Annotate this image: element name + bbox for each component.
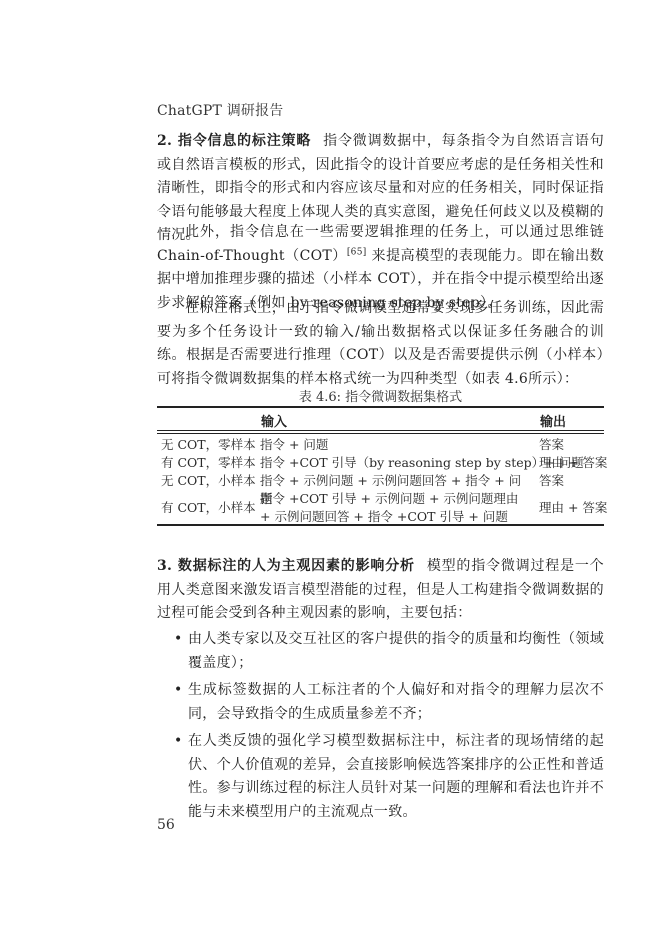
format-paragraph: 在标注格式上，由于指令微调模型通常要实现多任务训练，因此需要为多个任务设计一致的…	[157, 297, 604, 391]
section-2-heading: 2. 指令信息的标注策略	[157, 133, 311, 149]
table-caption: 表 4.6: 指令微调数据集格式	[157, 386, 604, 405]
row-input: 指令 + 问题	[260, 436, 530, 454]
running-header: ChatGPT 调研报告	[157, 100, 284, 120]
bullet-icon: •	[174, 628, 183, 652]
list-item-text: 生成标签数据的人工标注者的个人偏好和对指令的理解力层次不同，会导致指令的生成质量…	[188, 682, 604, 722]
list-item-text: 由人类专家以及交互社区的客户提供的指令的质量和均衡性（领域覆盖度）；	[188, 631, 604, 671]
table-header-input: 输入	[261, 411, 287, 430]
section-3-heading: 3. 数据标注的人为主观因素的影响分析	[157, 558, 415, 574]
row-type: 无 COT，零样本	[161, 436, 256, 454]
table-bottom-rule	[157, 524, 604, 526]
row-output: 答案	[539, 436, 564, 454]
row-input: 指令 +COT 引导（by reasoning step by step）+ 问…	[260, 454, 530, 472]
bullet-icon: •	[174, 730, 183, 754]
table-top-rule	[157, 406, 604, 408]
citation-link[interactable]: [65]	[347, 247, 367, 257]
row-output: 理由 + 答案	[539, 454, 607, 472]
bullet-icon: •	[174, 679, 183, 703]
row-input: 指令 +COT 引导 + 示例问题 + 示例问题理由 + 示例问题回答 + 指令…	[260, 490, 530, 526]
list-item-text: 在人类反馈的强化学习模型数据标注中，标注者的现场情绪的起伏、个人价值观的差异，会…	[188, 733, 604, 820]
row-type: 无 COT，小样本	[161, 472, 256, 490]
row-output: 理由 + 答案	[539, 499, 607, 517]
section-3-paragraph: 3. 数据标注的人为主观因素的影响分析模型的指令微调过程是一个用人类意图来激发语…	[157, 555, 604, 626]
list-item: • 在人类反馈的强化学习模型数据标注中，标注者的现场情绪的起伏、个人价值观的差异…	[157, 730, 604, 824]
table-header-rule-double	[157, 433, 604, 434]
page-number: 56	[157, 817, 175, 833]
table-header-output: 输出	[540, 411, 566, 430]
row-type: 有 COT，小样本	[161, 499, 256, 517]
row-type: 有 COT，零样本	[161, 454, 256, 472]
table-row: 有 COT，小样本 指令 +COT 引导 + 示例问题 + 示例问题理由 + 示…	[157, 490, 604, 526]
row-output: 答案	[539, 472, 564, 490]
list-item: • 由人类专家以及交互社区的客户提供的指令的质量和均衡性（领域覆盖度）；	[157, 628, 604, 675]
list-item: • 生成标签数据的人工标注者的个人偏好和对指令的理解力层次不同，会导致指令的生成…	[157, 679, 604, 726]
table-header-rule	[157, 430, 604, 431]
